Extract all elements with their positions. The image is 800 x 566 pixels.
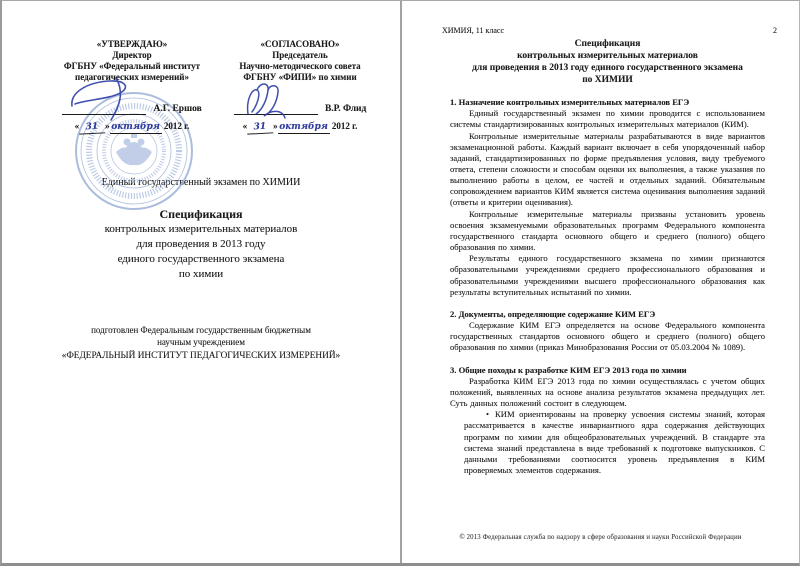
flid-signature-icon xyxy=(238,80,298,122)
prepared-line: научным учреждением xyxy=(2,337,400,349)
section-heading: 1. Назначение контрольных измерительных … xyxy=(450,97,765,108)
paragraph: Разработка КИМ ЕГЭ 2013 года по химии ос… xyxy=(450,376,765,409)
prepared-by-block: подготовлен Федеральным государственным … xyxy=(2,325,400,348)
section-heading: 2. Документы, определяющие содержание КИ… xyxy=(450,309,765,320)
handwritten-day: 31 xyxy=(247,121,274,134)
paragraph: Содержание КИМ ЕГЭ определяется на основ… xyxy=(450,320,765,353)
bullet-marker: • xyxy=(486,409,489,419)
section-3: 3. Общие походы к разработке КИМ ЕГЭ 201… xyxy=(450,365,765,477)
signatory-name: А.Г. Ершов xyxy=(154,104,202,114)
approval-date: «31»октября 2012 г. xyxy=(210,121,390,134)
date-year: 2012 г. xyxy=(332,121,358,131)
title-line: по химии xyxy=(2,267,400,282)
header-subject: ХИМИЯ, 11 класс xyxy=(442,26,504,35)
document-title-block: Спецификация контрольных измерительных м… xyxy=(2,207,400,282)
title-line: контрольных измерительных материалов xyxy=(2,222,400,237)
signature-line xyxy=(62,100,146,115)
paragraph: Единый государственный экзамен по химии … xyxy=(450,108,765,130)
paragraph: Контрольные измерительные материалы приз… xyxy=(450,209,765,254)
title-line: единого государственного экзамена xyxy=(2,252,400,267)
scanned-document: «УТВЕРЖДАЮ» Директор ФГБНУ «Федеральный … xyxy=(0,0,800,566)
paragraph: Контрольные измерительные материалы разр… xyxy=(450,131,765,209)
title-line: для проведения в 2013 году единого госуд… xyxy=(450,62,765,74)
approval-date: «31»октября 2012 г. xyxy=(28,121,236,134)
page2-title-block: Спецификация контрольных измерительных м… xyxy=(450,38,765,86)
approval-line: ФГБНУ «Федеральный институт xyxy=(28,61,236,72)
approval-line: Председатель xyxy=(210,50,390,61)
approval-line: Научно-методического совета xyxy=(210,61,390,72)
title-line: для проведения в 2013 году xyxy=(2,237,400,252)
institute-name: «ФЕДЕРАЛЬНЫЙ ИНСТИТУТ ПЕДАГОГИЧЕСКИХ ИЗМ… xyxy=(2,351,400,361)
approval-title: «УТВЕРЖДАЮ» xyxy=(28,39,236,50)
bullet-text: КИМ ориентированы на проверку усвоения с… xyxy=(464,409,765,475)
exam-subject-line: Единый государственный экзамен по ХИМИИ xyxy=(2,177,400,188)
signatory-name: В.Р. Флид xyxy=(325,104,366,114)
bullet-item: •КИМ ориентированы на проверку усвоения … xyxy=(464,409,765,476)
signature-line xyxy=(234,100,318,115)
running-header: ХИМИЯ, 11 класс 2 xyxy=(442,26,777,35)
page-number: 2 xyxy=(773,26,777,35)
signature-row: А.Г. Ершов xyxy=(28,100,236,118)
title-line: контрольных измерительных материалов xyxy=(450,50,765,62)
document-title: Спецификация xyxy=(2,207,400,222)
handwritten-month: октября xyxy=(110,122,162,134)
section-1: 1. Назначение контрольных измерительных … xyxy=(450,97,765,298)
handwritten-day: 31 xyxy=(79,121,106,134)
handwritten-month: октября xyxy=(278,122,330,134)
ershov-signature-icon xyxy=(66,76,146,122)
paragraph: Результаты единого государственного экза… xyxy=(450,253,765,298)
section-heading: 3. Общие походы к разработке КИМ ЕГЭ 201… xyxy=(450,365,765,376)
date-year: 2012 г. xyxy=(164,121,190,131)
approval-line: Директор xyxy=(28,50,236,61)
stamp-emblem-icon xyxy=(116,133,152,165)
title-line: по ХИМИИ xyxy=(450,74,765,86)
document-page-2: ХИМИЯ, 11 класс 2 Спецификация контрольн… xyxy=(402,1,799,563)
section-2: 2. Документы, определяющие содержание КИ… xyxy=(450,309,765,354)
document-page-title: «УТВЕРЖДАЮ» Директор ФГБНУ «Федеральный … xyxy=(2,1,400,563)
title-line: Спецификация xyxy=(450,38,765,50)
copyright-footer: © 2013 Федеральная служба по надзору в с… xyxy=(402,534,799,541)
approval-block-utverzhdayu: «УТВЕРЖДАЮ» Директор ФГБНУ «Федеральный … xyxy=(28,39,236,134)
prepared-line: подготовлен Федеральным государственным … xyxy=(2,325,400,337)
approval-title: «СОГЛАСОВАНО» xyxy=(210,39,390,50)
signature-row: В.Р. Флид xyxy=(210,100,390,118)
approval-block-soglasovano: «СОГЛАСОВАНО» Председатель Научно-методи… xyxy=(210,39,390,134)
